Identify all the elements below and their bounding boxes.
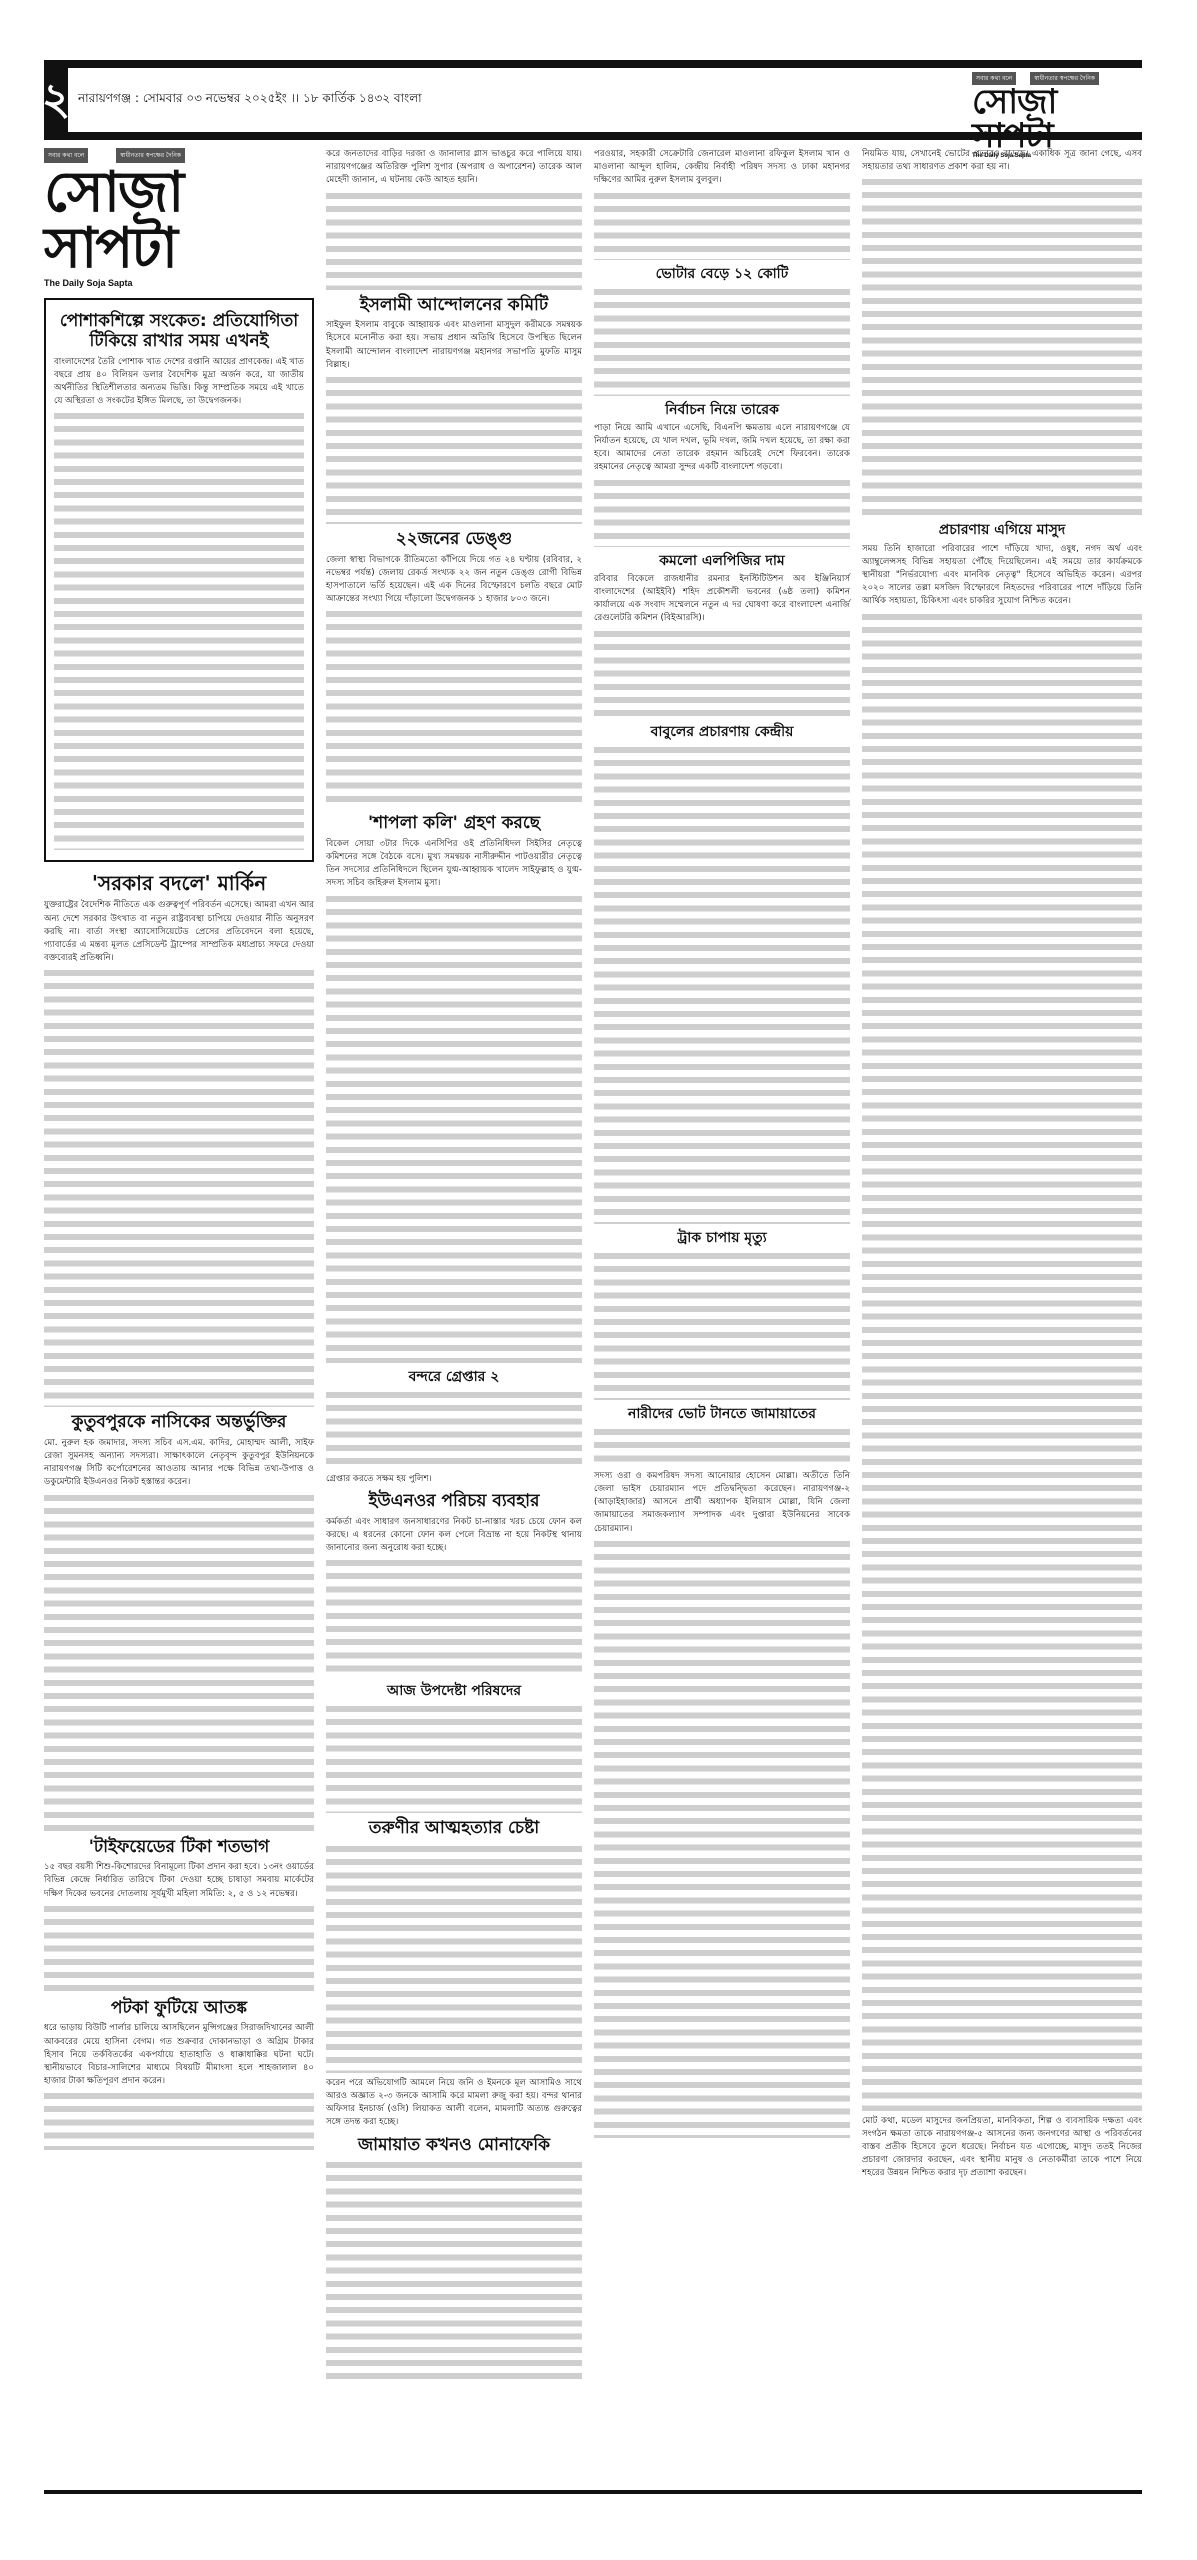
logo-english: The Daily Soja Sapta <box>44 277 314 290</box>
article-headline: নির্বাচন নিয়ে তারেক <box>594 402 850 418</box>
article-body: সাইফুল ইসলাম বাবুকে আহ্বায়ক এবং মাওলানা… <box>326 319 582 372</box>
article-body: সময় তিনি হাজারো পরিবারের পাশে দাঁড়িয়ে… <box>862 543 1142 609</box>
article-body: ধরে ভাড়ায় বিউটি পার্লার চালিয়ে আসছিলে… <box>44 2022 314 2088</box>
column-4: নিয়মিত যায়, সেখানেই ভোটের প্রভাবও বাড়… <box>862 148 1142 2383</box>
article-body: ১৫ বছর বয়সী শিশু-কিশোরদের বিনামূল্যে টি… <box>44 1861 314 1901</box>
article-body: রবিবার বিকেলে রাজধানীর রমনার ইনস্টিটিউশন… <box>594 573 850 626</box>
article-headline: ভোটার বেড়ে ১২ কোটি <box>594 266 850 282</box>
page-number: ২ <box>44 68 68 132</box>
closing-text: মোট কথা, মডেল মাসুদের জনপ্রিয়তা, মানবিক… <box>862 2115 1142 2181</box>
article-headline: 'শাপলা কলি' গ্রহণ করছে <box>326 814 582 834</box>
section-logo: সবার কথা বলে স্বাধীনতার স্বপক্ষের দৈনিক … <box>44 148 314 290</box>
masthead-logo: সবার কথা বলে স্বাধীনতার স্বপক্ষের দৈনিক … <box>972 72 1142 159</box>
article-body: মো. নুরুল হক জমাদার, সদস্য সচিব এস.এম. ক… <box>44 1437 314 1490</box>
article-headline: আজ উপদেষ্টা পরিষদের <box>326 1683 582 1699</box>
dateline: নারায়ণগঞ্জ : সোমবার ০৩ নভেম্বর ২০২৫ইং ।… <box>78 90 422 110</box>
article-headline: জামায়াত কখনও মোনাফেকি <box>326 2136 582 2156</box>
logo-bengali: সোজা সাপটা <box>44 165 314 277</box>
column-2: করে জনতাদের বাড়ির দরজা ও জানালার গ্লাস … <box>326 148 582 2383</box>
newspaper-page: ২ নারায়ণগঞ্জ : সোমবার ০৩ নভেম্বর ২০২৫ইং… <box>44 60 1142 2383</box>
article-headline: কুতুবপুরকে নাসিকের অন্তর্ভুক্তির <box>44 1413 314 1433</box>
article-headline: বন্দরে গ্রেপ্তার ২ <box>326 1369 582 1385</box>
article-headline: ২২জনের ডেঙ্গু <box>326 530 582 550</box>
article-headline: তরুণীর আত্মহত্যার চেষ্টা <box>326 1819 582 1839</box>
article-headline: কমলো এলপিজির দাম <box>594 553 850 569</box>
article-headline: পটকা ফুটিয়ে আতঙ্ক <box>44 1999 314 2019</box>
lead-text: পরওয়ার, সহকারী সেক্রেটারি জেনারেল মাওলা… <box>594 148 850 188</box>
masthead: ২ নারায়ণগঞ্জ : সোমবার ০৩ নভেম্বর ২০২৫ইং… <box>44 68 1142 140</box>
logo-bengali: সোজা সাপটা <box>972 85 1142 153</box>
article-body: করেন পরে অভিযোগটি আমলে নিয়ে জনি ও ইমনকে… <box>326 2077 582 2130</box>
editorial-body: বাংলাদেশের তৈরি পোশাক খাত দেশের রপ্তানি … <box>54 356 304 409</box>
article-body: জেলা স্বাস্থ্য বিভাগকে রীতিমতো কাঁপিয়ে … <box>326 554 582 607</box>
editorial-box: পোশাকশিল্পে সংকেত: প্রতিযোগিতা টিকিয়ে র… <box>44 298 314 862</box>
article-body: গ্রেপ্তার করতে সক্ষম হয় পুলিশ। <box>326 1473 582 1486</box>
top-rule <box>44 60 1142 68</box>
article-headline: 'সরকার বদলে' মার্কিন <box>44 872 314 895</box>
bottom-rule <box>44 2490 1142 2494</box>
article-body: যুক্তরাষ্ট্রের বৈদেশিক নীতিতে এক গুরুত্ব… <box>44 899 314 965</box>
article-body: বিকেল সোয়া ৩টার দিকে এনসিপির ওই প্রতিনি… <box>326 838 582 891</box>
article-body: পাড়া নিয়ে আমি এখানে এসেছি, বিএনপি ক্ষম… <box>594 422 850 475</box>
article-body: কর্মকর্তা এবং সাধারণ জনসাধারণের নিকট চা-… <box>326 1516 582 1556</box>
article-headline: ইউএনওর পরিচয় ব্যবহার <box>326 1492 582 1512</box>
article-headline: ট্রাক চাপায় মৃত্যু <box>594 1230 850 1246</box>
lead-text: করে জনতাদের বাড়ির দরজা ও জানালার গ্লাস … <box>326 148 582 188</box>
article-headline: ইসলামী আন্দোলনের কমিটি <box>326 296 582 316</box>
logo-english: The Daily Soja Sapta <box>972 153 1142 159</box>
article-headline: প্রচারণায় এগিয়ে মাসুদ <box>862 522 1142 538</box>
article-headline: 'টাইফয়েডের টিকা শতভাগ <box>44 1838 314 1858</box>
article-body: সদস্য ওরা ও কমপরিষদ সদস্য আনোয়ার হোসেন … <box>594 1470 850 1536</box>
editorial-headline: পোশাকশিল্পে সংকেত: প্রতিযোগিতা টিকিয়ে র… <box>54 312 304 351</box>
column-1: সবার কথা বলে স্বাধীনতার স্বপক্ষের দৈনিক … <box>44 148 314 2383</box>
column-3: পরওয়ার, সহকারী সেক্রেটারি জেনারেল মাওলা… <box>594 148 850 2383</box>
article-headline: নারীদের ভোট টানতে জামায়াতের <box>594 1406 850 1422</box>
article-headline: বাবুলের প্রচারণায় কেন্দ্রীয় <box>594 724 850 740</box>
